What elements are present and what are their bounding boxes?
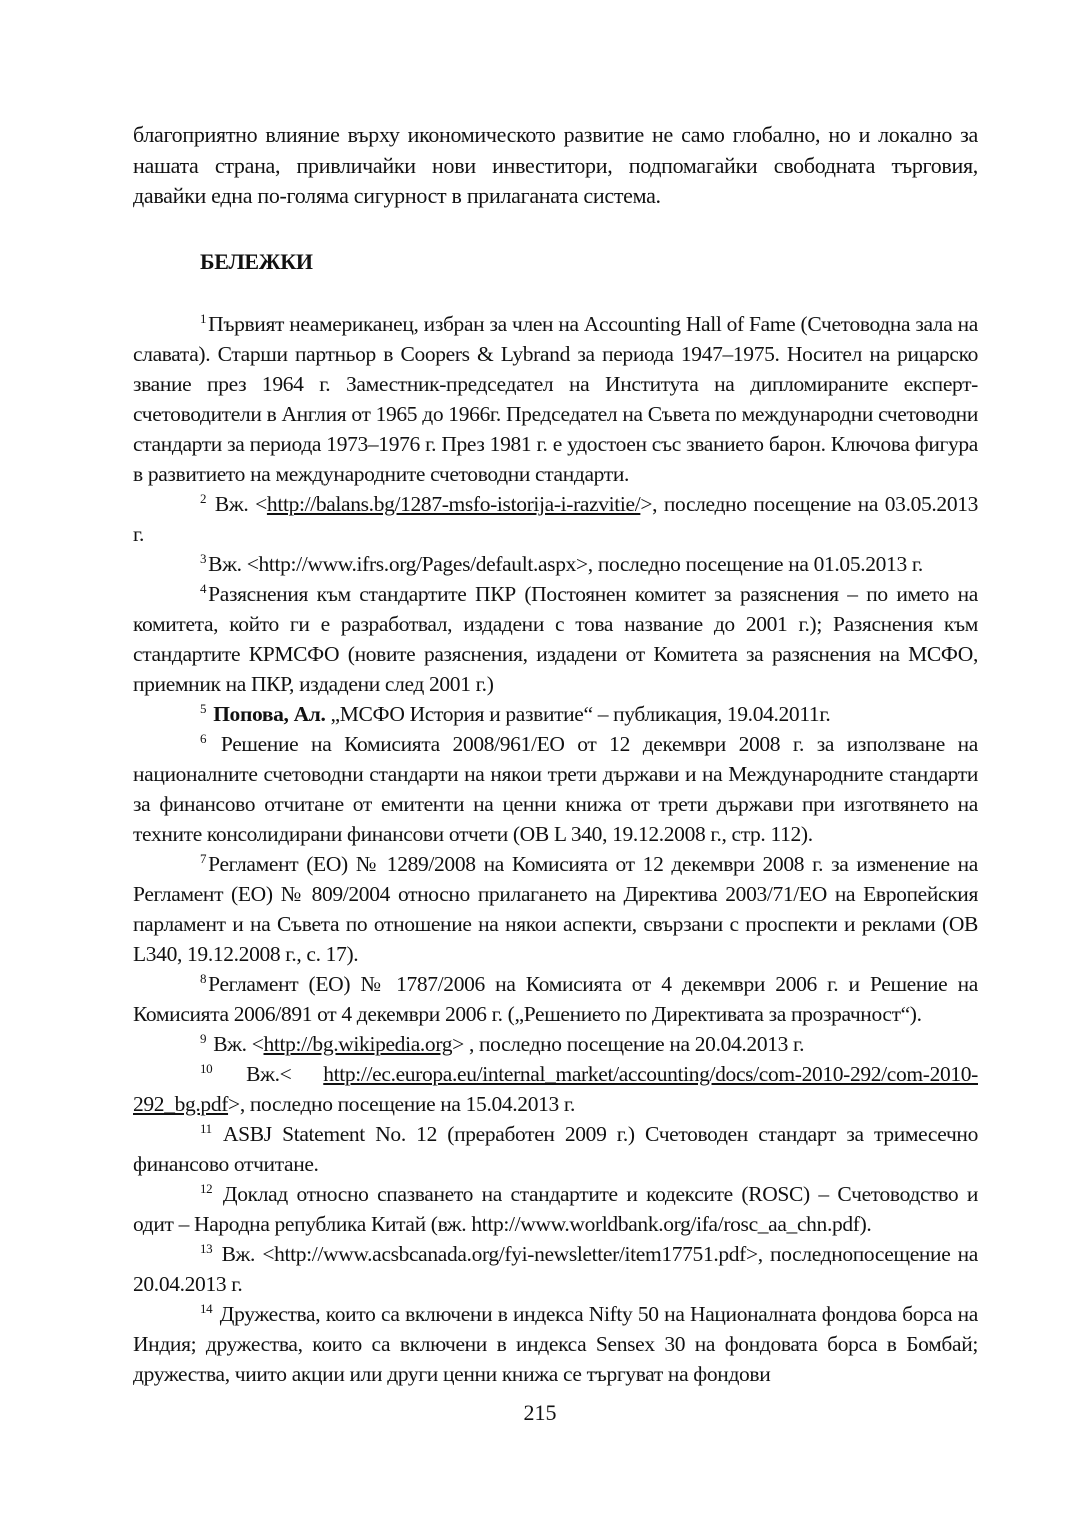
- footnote-text: Разяснения към стандартите ПКР (Постояне…: [133, 582, 978, 696]
- footnote-link[interactable]: http://bg.wikipedia.org: [264, 1032, 453, 1056]
- footnote-text: Регламент (ЕО) № 1787/2006 на Комисията …: [133, 972, 978, 1026]
- footnote-8: 8Регламент (ЕО) № 1787/2006 на Комисията…: [133, 969, 978, 1029]
- footnote-text: Дружества, които са включени в индекса N…: [133, 1302, 978, 1386]
- page-body: благоприятно влияние върху икономическот…: [133, 120, 978, 1389]
- footnote-number: 4: [200, 581, 206, 596]
- footnote-number: 6: [200, 731, 206, 746]
- notes-list: 1Първият неамериканец, избран за член на…: [133, 309, 978, 1389]
- notes-heading: БЕЛЕЖКИ: [200, 247, 978, 277]
- footnote-number: 11: [200, 1121, 212, 1136]
- footnote-14: 14 Дружества, които са включени в индекс…: [133, 1299, 978, 1389]
- footnote-7: 7Регламент (ЕО) № 1289/2008 на Комисията…: [133, 849, 978, 969]
- footnote-number: 12: [200, 1181, 212, 1196]
- footnote-number: 7: [200, 851, 206, 866]
- footnote-9: 9 Вж. <http://bg.wikipedia.org> , послед…: [133, 1029, 978, 1059]
- footnote-12: 12 Доклад относно спазването на стандарт…: [133, 1179, 978, 1239]
- footnote-text: Първият неамериканец, избран за член на …: [133, 312, 978, 486]
- footnote-text: Вж. <http://www.ifrs.org/Pages/default.a…: [208, 552, 923, 576]
- footnote-text: > , последно посещение на 20.04.2013 г.: [452, 1032, 804, 1056]
- footnote-10: 10 Вж.< http://ec.europa.eu/internal_mar…: [133, 1059, 978, 1119]
- footnote-text: Вж. <: [215, 492, 267, 516]
- footnote-text: ASBJ Statement No. 12 (преработен 2009 г…: [133, 1122, 978, 1176]
- footnote-number: 14: [200, 1301, 212, 1316]
- footnote-text: Вж. <: [213, 1032, 263, 1056]
- footnote-4: 4Разяснения към стандартите ПКР (Постоян…: [133, 579, 978, 699]
- footnote-text: Регламент (ЕО) № 1289/2008 на Комисията …: [133, 852, 978, 966]
- footnote-3: 3Вж. <http://www.ifrs.org/Pages/default.…: [133, 549, 978, 579]
- footnote-text: Вж.<: [246, 1062, 323, 1086]
- footnote-text: Доклад относно спазването на стандартите…: [133, 1182, 978, 1236]
- footnote-number: 2: [200, 491, 206, 506]
- footnote-11: 11 ASBJ Statement No. 12 (преработен 200…: [133, 1119, 978, 1179]
- footnote-1: 1Първият неамериканец, избран за член на…: [133, 309, 978, 489]
- footnote-number: 3: [200, 551, 206, 566]
- footnote-text: „МСФО История и развитие“ – публикация, …: [326, 702, 831, 726]
- footnote-number: 1: [200, 311, 206, 326]
- footnote-5: 5 Попова, Ал. „МСФО История и развитие“ …: [133, 699, 978, 729]
- footnote-6: 6 Решение на Комисията 2008/961/ЕО от 12…: [133, 729, 978, 849]
- footnote-2: 2 Вж. <http://balans.bg/1287-msfo-istori…: [133, 489, 978, 549]
- footnote-text: Вж. <http://www.acsbcanada.org/fyi-newsl…: [133, 1242, 978, 1296]
- footnote-text: Решение на Комисията 2008/961/ЕО от 12 д…: [133, 732, 978, 846]
- footnote-13: 13 Вж. <http://www.acsbcanada.org/fyi-ne…: [133, 1239, 978, 1299]
- footnote-text: >, последно посещение на 15.04.2013 г.: [228, 1092, 575, 1116]
- page-number: 215: [0, 1400, 1080, 1426]
- footnote-number: 8: [200, 971, 206, 986]
- footnote-number: 5: [200, 701, 206, 716]
- intro-paragraph: благоприятно влияние върху икономическот…: [133, 120, 978, 212]
- footnote-number: 13: [200, 1241, 212, 1256]
- footnote-number: 10: [200, 1061, 212, 1076]
- footnote-number: 9: [200, 1031, 206, 1046]
- footnote-link[interactable]: http://balans.bg/1287-msfo-istorija-i-ra…: [267, 492, 640, 516]
- footnote-author: Попова, Ал.: [213, 702, 325, 726]
